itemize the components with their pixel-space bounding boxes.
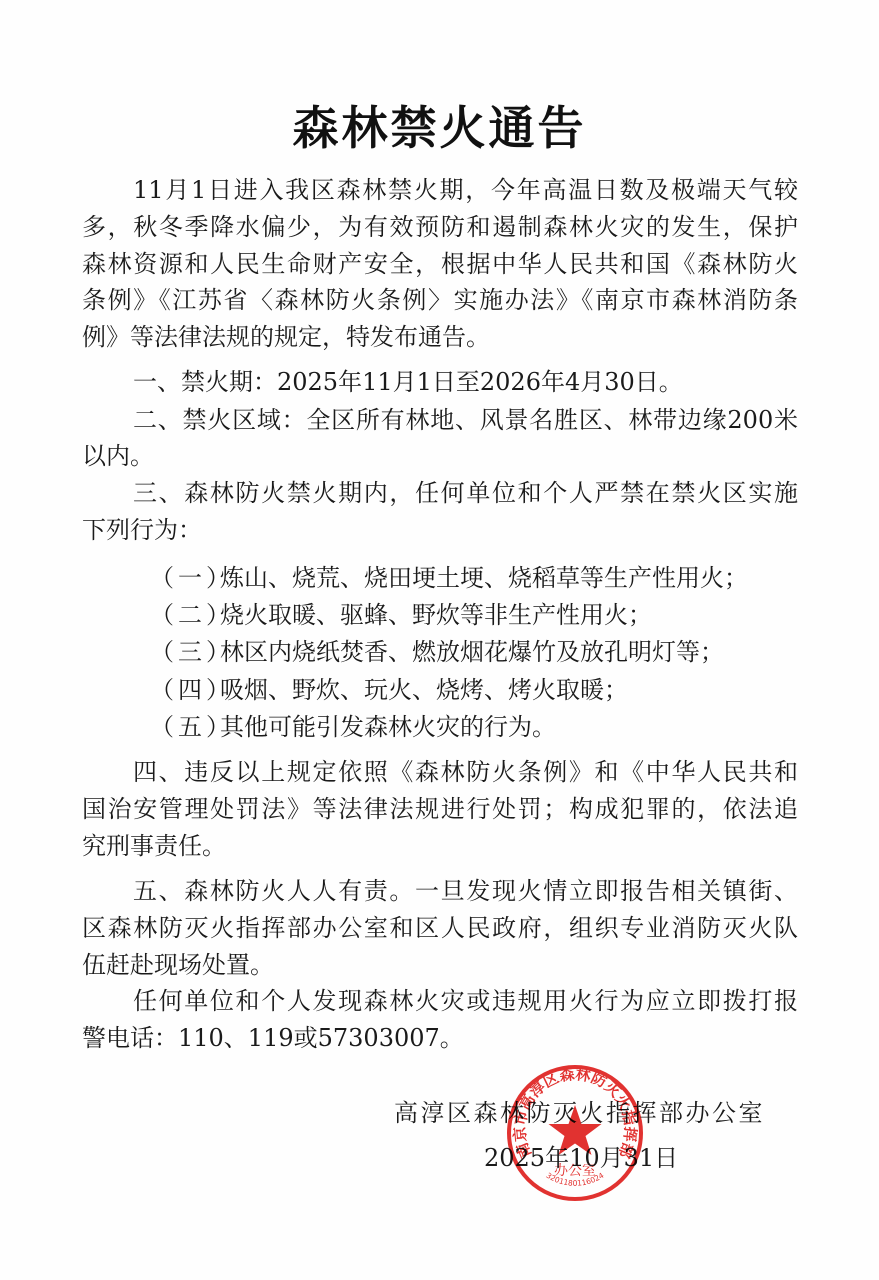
list-number: （四） [150, 673, 220, 707]
intro-line-4: 条例》《江苏省〈森林防火条例〉实施办法》《南京市森林消防条 [82, 283, 798, 317]
list-number: （五） [150, 710, 220, 744]
section2-line-2: 以内。 [82, 439, 798, 473]
list-number: （一） [150, 561, 220, 595]
section4-line-2: 国治安管理处罚法》等法律法规进行处罚；构成犯罪的，依法追 [82, 792, 798, 826]
official-seal-stamp: 南京市高淳区森林防灭火指挥部 办公室 3201180116024 [505, 1063, 645, 1203]
list-text: 其他可能引发森林火灾的行为。 [220, 713, 556, 741]
prohibited-act-1: （一）炼山、烧荒、烧田埂土埂、烧稻草等生产性用火； [150, 561, 798, 595]
list-text: 烧火取暖、驱蜂、野炊等非生产性用火； [220, 601, 652, 629]
section4-line-1: 四、违反以上规定依照《森林防火条例》和《中华人民共和 [133, 755, 798, 789]
section5-line-1: 五、森林防火人人有责。一旦发现火情立即报告相关镇街、 [133, 874, 798, 908]
list-text: 吸烟、野炊、玩火、烧烤、烤火取暖； [220, 676, 628, 704]
list-number: （三） [150, 635, 220, 669]
section5-line-2: 区森林防灭火指挥部办公室和区人民政府，组织专业消防灭火队 [82, 911, 798, 945]
section3-line-1: 三、森林防火禁火期内，任何单位和个人严禁在禁火区实施 [133, 476, 798, 510]
intro-line-5: 例》等法律法规的规定，特发布通告。 [82, 320, 798, 354]
star-icon [549, 1105, 602, 1155]
intro-line-2: 多，秋冬季降水偏少，为有效预防和遏制森林火灾的发生，保护 [82, 210, 798, 244]
prohibited-act-5: （五）其他可能引发森林火灾的行为。 [150, 710, 798, 744]
prohibited-act-3: （三）林区内烧纸焚香、燃放烟花爆竹及放孔明灯等； [150, 635, 798, 669]
section1-line-1: 一、禁火期：2025年11月1日至2026年4月30日。 [133, 365, 798, 399]
prohibited-act-2: （二）烧火取暖、驱蜂、野炊等非生产性用火； [150, 598, 798, 632]
section4-line-3: 究刑事责任。 [82, 829, 798, 863]
list-number: （二） [150, 598, 220, 632]
section5-line-3: 伍赶赴现场处置。 [82, 948, 798, 982]
list-text: 炼山、烧荒、烧田埂土埂、烧稻草等生产性用火； [220, 564, 748, 592]
page-title: 森林禁火通告 [0, 100, 879, 156]
report-line-2: 警电话：110、119或57303007。 [82, 1021, 798, 1055]
prohibited-act-4: （四）吸烟、野炊、玩火、烧烤、烤火取暖； [150, 673, 798, 707]
section3-line-2: 下列行为： [82, 513, 798, 547]
report-line-1: 任何单位和个人发现森林火灾或违规用火行为应立即拨打报 [133, 984, 798, 1018]
section2-line-1: 二、禁火区域：全区所有林地、风景名胜区、林带边缘200米 [133, 403, 798, 437]
list-text: 林区内烧纸焚香、燃放烟花爆竹及放孔明灯等； [220, 638, 724, 666]
intro-line-3: 森林资源和人民生命财产安全，根据中华人民共和国《森林防火 [82, 247, 798, 281]
notice-page: 森林禁火通告 11月1日进入我区森林禁火期，今年高温日数及极端天气较 多，秋冬季… [0, 0, 879, 1280]
intro-line-1: 11月1日进入我区森林禁火期，今年高温日数及极端天气较 [133, 173, 798, 207]
